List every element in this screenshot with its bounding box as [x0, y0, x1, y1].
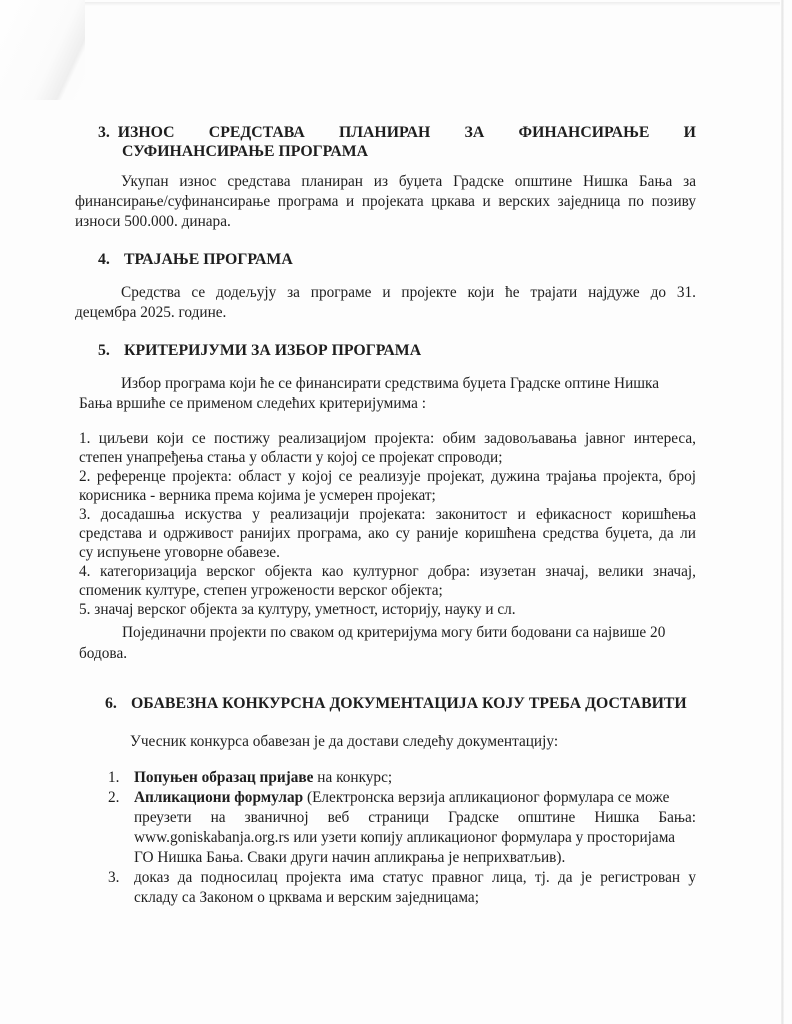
section-4-body-line: децембра 2025. године.: [75, 303, 226, 323]
criteria-line: средстава и одрживост ранијих програма, …: [79, 524, 696, 544]
section-number: 5.: [98, 341, 124, 361]
list-number: 1.: [108, 768, 134, 788]
heading-word: ФИНАНСИРАЊЕ: [519, 123, 650, 143]
list-item-continuation: преузети на званичној веб страници Градс…: [134, 808, 696, 828]
section-5-closing-line: бодова.: [79, 644, 127, 664]
scan-right-edge: [781, 0, 784, 1024]
section-5-intro-line: Бања вршиће се применом следећих критери…: [79, 394, 426, 414]
section-title: ТРАЈАЊЕ ПРОГРАМА: [124, 251, 293, 268]
criteria-line: споменик културе, степен угрожености вер…: [79, 581, 443, 601]
list-item-continuation: складу са Законом о црквама и верским за…: [134, 888, 479, 908]
heading-word: ПЛАНИРАН: [339, 123, 430, 143]
heading-word: ЗА: [465, 123, 485, 143]
list-item-text: доказ да подносилац пројекта има статус …: [134, 869, 696, 886]
section-3-body-line: Укупан износ средстава планиран из буџет…: [121, 172, 696, 192]
list-item-bold: Попуњен образац пријаве: [134, 769, 313, 786]
document-list-item: 2.Апликациони формулар (Електронска верз…: [108, 788, 696, 808]
section-number: 6.: [105, 694, 131, 714]
section-number: 4.: [98, 250, 124, 270]
list-item-text: на конкурс;: [313, 769, 392, 786]
section-5-closing-line: Појединачни пројекти по сваком од критер…: [122, 623, 665, 643]
criteria-line: корисника - верника према којима је усме…: [79, 486, 436, 506]
section-5-heading: 5.КРИТЕРИЈУМИ ЗА ИЗБОР ПРОГРАМА: [98, 341, 421, 361]
criteria-line: степен унапређења стања у области у којо…: [79, 448, 503, 468]
heading-word: ИЗНОС: [118, 124, 175, 141]
list-item-continuation: www.goniskabanja.org.rs или узети копију…: [134, 828, 675, 848]
list-item-continuation: ГО Нишка Бања. Сваки други начин апликра…: [134, 848, 565, 868]
heading-word: И: [684, 123, 696, 143]
criteria-line: 2. референце пројекта: област у којој се…: [79, 467, 696, 487]
heading-word: СРЕДСТАВА: [209, 123, 305, 143]
section-number: 3.: [98, 124, 110, 141]
section-5-intro-line: Избор програма који ће се финансирати ср…: [121, 374, 659, 394]
document-list-item: 1.Попуњен образац пријаве на конкурс;: [108, 768, 392, 788]
section-title: ОБАВЕЗНА КОНКУРСНА ДОКУМЕНТАЦИЈА КОЈУ ТР…: [131, 695, 687, 712]
criteria-line: су испуњене уговорне обавезе.: [79, 543, 280, 563]
scan-top-edge: [85, 2, 780, 6]
criteria-line: 3. досадашња искуства у реализацији прој…: [79, 505, 696, 525]
list-number: 2.: [108, 788, 134, 808]
section-4-heading: 4.ТРАЈАЊЕ ПРОГРАМА: [98, 250, 293, 270]
criteria-line: 4. категоризација верског објекта као ку…: [79, 562, 696, 582]
criteria-line: 1. циљеви који се постижу реализацијом п…: [79, 429, 696, 449]
scan-page-fold: [0, 0, 85, 100]
section-title: КРИТЕРИЈУМИ ЗА ИЗБОР ПРОГРАМА: [124, 342, 421, 359]
list-item-bold: Апликациони формулар: [134, 789, 303, 806]
section-3-heading-line-2: СУФИНАНСИРАЊЕ ПРОГРАМА: [122, 142, 368, 162]
section-6-heading: 6.ОБАВЕЗНА КОНКУРСНА ДОКУМЕНТАЦИЈА КОЈУ …: [105, 694, 687, 714]
section-6-intro: Учесник конкурса обавезан је да достави …: [130, 732, 558, 752]
list-item-text: (Електронска верзија апликационог формул…: [303, 789, 669, 806]
section-3-body-line: финансирање/суфинансирање програма и про…: [75, 192, 696, 212]
section-3-body-line: износи 500.000. динара.: [75, 212, 231, 232]
document-list-item: 3.доказ да подносилац пројекта има стату…: [108, 868, 696, 888]
section-3-heading-line-1: 3. ИЗНОС СРЕДСТАВА ПЛАНИРАН ЗА ФИНАНСИРА…: [98, 123, 696, 143]
criteria-line: 5. значај верског објекта за културу, ум…: [79, 600, 516, 620]
section-4-body-line: Средства се додељују за програме и проје…: [121, 283, 696, 303]
list-number: 3.: [108, 868, 134, 888]
